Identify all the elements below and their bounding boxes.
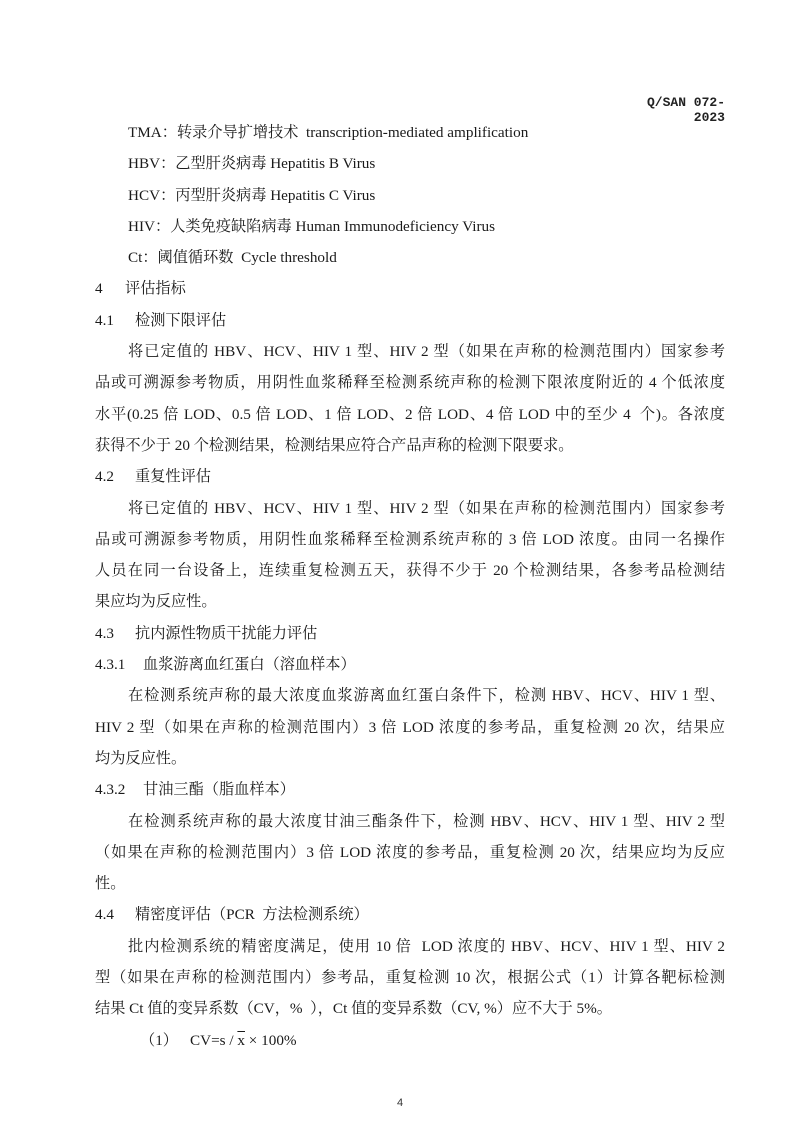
abbreviation-ct: Ct：阈值循环数 Cycle threshold	[95, 242, 725, 273]
paragraph-line: 将已定值的 HBV、HCV、HIV 1 型、HIV 2 型（如果在声称的检测范围…	[95, 336, 725, 367]
section-title: 甘油三酯（脂血样本）	[143, 781, 295, 798]
formula-tag: （1）	[140, 1025, 190, 1056]
abbr-term: TMA	[128, 124, 162, 141]
abbr-sep: ：	[160, 155, 175, 172]
section-4-3-heading: 4.3抗内源性物质干扰能力评估	[95, 618, 725, 649]
abbreviation-hiv: HIV：人类免疫缺陷病毒 Human Immunodeficiency Viru…	[95, 211, 725, 242]
paragraph-line: 结果 Ct 值的变异系数（CV，% ），Ct 值的变异系数（CV, %）应不大于…	[95, 993, 725, 1024]
page-number: 4	[0, 1097, 800, 1109]
section-number: 4.2	[95, 461, 135, 492]
paragraph-line: （如果在声称的检测范围内）3 倍 LOD 浓度的参考品，重复检测 20 次，结果…	[95, 837, 725, 868]
section-4-1-paragraph: 将已定值的 HBV、HCV、HIV 1 型、HIV 2 型（如果在声称的检测范围…	[95, 336, 725, 461]
paragraph-line: 将已定值的 HBV、HCV、HIV 1 型、HIV 2 型（如果在声称的检测范围…	[95, 493, 725, 524]
abbr-sep: ：	[160, 187, 175, 204]
paragraph-line: 人员在同一台设备上，连续重复检测五天，获得不少于 20 个检测结果，各参考品检测…	[95, 555, 725, 586]
paragraph-line: 型（如果在声称的检测范围内）参考品，重复检测 10 次，根据公式（1）计算各靶标…	[95, 962, 725, 993]
paragraph-line: 均为反应性。	[95, 743, 725, 774]
section-title: 检测下限评估	[135, 312, 226, 329]
abbr-term: Ct	[128, 249, 142, 266]
abbr-term: HCV	[128, 187, 160, 204]
paragraph-line: 在检测系统声称的最大浓度甘油三酯条件下，检测 HBV、HCV、HIV 1 型、H…	[95, 806, 725, 837]
section-4-4-paragraph: 批内检测系统的精密度满足，使用 10 倍 LOD 浓度的 HBV、HCV、HIV…	[95, 931, 725, 1025]
section-title: 评估指标	[125, 280, 186, 297]
section-4-heading: 4评估指标	[95, 273, 725, 304]
paragraph-line: 获得不少于 20 个检测结果，检测结果应符合产品声称的检测下限要求。	[95, 430, 725, 461]
section-number: 4.1	[95, 305, 135, 336]
abbr-zh: 转录介导扩增技术	[177, 124, 299, 141]
paragraph-line: 性。	[95, 868, 725, 899]
section-4-4-heading: 4.4精密度评估（PCR 方法检测系统）	[95, 899, 725, 930]
abbr-en: Hepatitis C Virus	[266, 187, 375, 204]
section-4-2-heading: 4.2重复性评估	[95, 461, 725, 492]
abbr-en: Cycle threshold	[233, 249, 336, 266]
abbr-en: transcription-mediated amplification	[298, 124, 528, 141]
section-title: 血浆游离血红蛋白（溶血样本）	[143, 656, 356, 673]
section-4-1-heading: 4.1检测下限评估	[95, 305, 725, 336]
abbreviation-hbv: HBV：乙型肝炎病毒 Hepatitis B Virus	[95, 148, 725, 179]
section-number: 4.4	[95, 899, 135, 930]
section-number: 4	[95, 273, 125, 304]
formula-cv: （1）CV=s / x × 100%	[95, 1025, 725, 1056]
abbr-en: Hepatitis B Virus	[266, 155, 375, 172]
section-title: 重复性评估	[135, 468, 211, 485]
section-4-3-1-heading: 4.3.1血浆游离血红蛋白（溶血样本）	[95, 649, 725, 680]
document-body: TMA：转录介导扩增技术 transcription-mediated ampl…	[95, 117, 725, 1056]
paragraph-line: HIV 2 型（如果在声称的检测范围内）3 倍 LOD 浓度的参考品，重复检测 …	[95, 712, 725, 743]
abbr-zh: 乙型肝炎病毒	[175, 155, 266, 172]
section-number: 4.3.2	[95, 774, 143, 805]
abbr-zh: 阈值循环数	[158, 249, 234, 266]
formula-suffix: × 100%	[245, 1032, 297, 1049]
formula-xbar: x	[237, 1032, 245, 1049]
section-4-3-2-paragraph: 在检测系统声称的最大浓度甘油三酯条件下，检测 HBV、HCV、HIV 1 型、H…	[95, 806, 725, 900]
section-4-2-paragraph: 将已定值的 HBV、HCV、HIV 1 型、HIV 2 型（如果在声称的检测范围…	[95, 493, 725, 618]
paragraph-line: 批内检测系统的精密度满足，使用 10 倍 LOD 浓度的 HBV、HCV、HIV…	[95, 931, 725, 962]
abbr-term: HBV	[128, 155, 160, 172]
paragraph-line: 品或可溯源参考物质，用阴性血浆稀释至检测系统声称的检测下限浓度附近的 4 个低浓…	[95, 367, 725, 398]
abbreviation-tma: TMA：转录介导扩增技术 transcription-mediated ampl…	[95, 117, 725, 148]
paragraph-line: 水平(0.25 倍 LOD、0.5 倍 LOD、1 倍 LOD、2 倍 LOD、…	[95, 399, 725, 430]
abbr-sep: ：	[142, 249, 157, 266]
abbr-sep: ：	[155, 218, 170, 235]
formula-prefix: CV=s /	[190, 1032, 237, 1049]
paragraph-line: 在检测系统声称的最大浓度血浆游离血红蛋白条件下，检测 HBV、HCV、HIV 1…	[95, 680, 725, 711]
paragraph-line: 品或可溯源参考物质，用阴性血浆稀释至检测系统声称的 3 倍 LOD 浓度。由同一…	[95, 524, 725, 555]
section-number: 4.3	[95, 618, 135, 649]
abbr-sep: ：	[162, 124, 177, 141]
abbr-zh: 人类免疫缺陷病毒	[170, 218, 292, 235]
abbr-term: HIV	[128, 218, 155, 235]
section-number: 4.3.1	[95, 649, 143, 680]
abbr-en: Human Immunodeficiency Virus	[292, 218, 495, 235]
section-4-3-1-paragraph: 在检测系统声称的最大浓度血浆游离血红蛋白条件下，检测 HBV、HCV、HIV 1…	[95, 680, 725, 774]
section-title: 抗内源性物质干扰能力评估	[135, 625, 317, 642]
abbreviation-hcv: HCV：丙型肝炎病毒 Hepatitis C Virus	[95, 180, 725, 211]
abbr-zh: 丙型肝炎病毒	[175, 187, 266, 204]
paragraph-line: 果应均为反应性。	[95, 586, 725, 617]
section-4-3-2-heading: 4.3.2甘油三酯（脂血样本）	[95, 774, 725, 805]
section-title: 精密度评估（PCR 方法检测系统）	[135, 906, 369, 923]
